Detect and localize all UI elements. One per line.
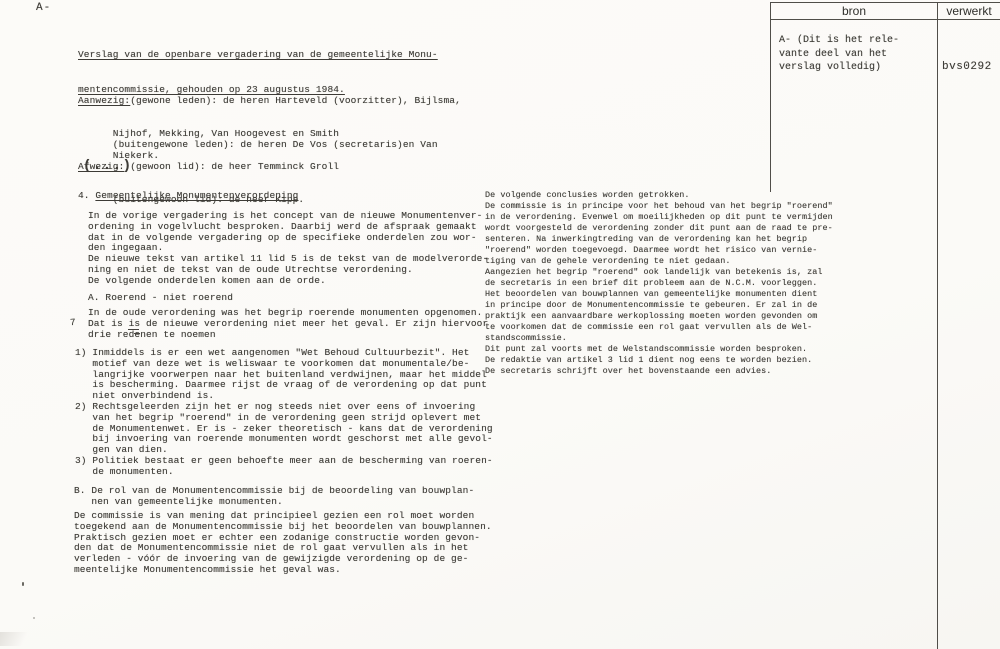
stamp-source-note: A- (Dit is het rele-vante deel van hetve… [779,34,899,75]
section4-numbered-list: 1) Inmiddels is er een wet aangenomen "W… [75,348,493,478]
text-line: motief van deze wet is weliswaar te voor… [75,359,493,370]
handwritten-overline-mark [134,333,140,334]
text-line: verslag volledig) [779,61,899,75]
attendance-present-first-line: Aanwezig:(gewone leden): de heren Hartev… [78,95,461,106]
subsection-a-heading: A. Roerend - niet roerend [88,293,233,304]
text-line: Aangezien het begrip "roerend" ook lande… [485,267,833,278]
text-line: vante deel van het [779,48,899,62]
text-line: Dat is is de nieuwe verordening niet mee… [88,319,488,330]
text-line: Nijhof, Mekking, Van Hoogevest en Smith [78,128,461,139]
text-line: praktijk een aanvaardbare werkoplossing … [485,311,833,322]
text-line: "roerend" worden toegevoegd. Daarmee wor… [485,245,833,256]
text-line: meentelijke Monumentencommissie het geva… [74,565,492,576]
stamp-processed-code: bvs0292 [942,61,992,73]
present-first-text: (gewone leden): de heren Harteveld (voor… [130,95,461,106]
section4-number: 4. [78,190,90,201]
text-line: De commissie is in principe voor het beh… [485,201,833,212]
document-title-line1: Verslag van de openbare vergadering van … [78,49,438,61]
stamp-box-column-divider [937,2,938,649]
stamp-box-top-border [770,2,1000,3]
scan-speck [33,617,35,619]
subsection-b-heading: B. De rol van de Monumentencommissie bij… [74,486,474,508]
text-line: standscommissie. [485,333,833,344]
section4-paragraph-1: In de vorige vergadering is het concept … [88,211,488,287]
scanned-document-page: A- bron verwerkt A- (Dit is het rele-van… [0,0,1000,649]
text-line: toegekend aan de Monumentencommissie bij… [74,522,492,533]
absent-first-text: (gewoon lid): de heer Temminck Groll [124,161,339,172]
text-line: in de verordening. Evenwel om moeilijkhe… [485,212,833,223]
present-label: Aanwezig: [78,95,130,106]
text-line: De secretaris schrijft over het bovensta… [485,366,833,377]
stamp-column-header-bron: bron [771,4,937,18]
conclusions-column: De volgende conclusies worden getrokken.… [485,190,833,377]
text-line: senteren. Na inwerkingtreding van de ver… [485,234,833,245]
omission-mark: (...) [83,158,133,174]
stamp-box-left-border [770,2,771,192]
section4-paragraph-3: De commissie is van mening dat principie… [74,511,492,576]
text-line: de monumenten. [75,467,493,478]
text-line: Dit punt zal voorts met de Welstandscomm… [485,344,833,355]
section4-heading-text: Gemeentelijke Monumentenverordening [95,190,298,201]
page-corner-shadow [0,632,34,646]
section4-heading: 4. Gemeentelijke Monumentenverordening [78,191,298,202]
text-line: tiging van de gehele verordening te niet… [485,256,833,267]
text-line: Het beoordelen van bouwplannen van gemee… [485,289,833,300]
text-line: De volgende conclusies worden getrokken. [485,190,833,201]
scan-speck [22,582,24,586]
text-line: A- (Dit is het rele- [779,34,899,48]
section4-paragraph-2: In de oude verordening was het begrip ro… [88,308,488,340]
stamp-column-header-verwerkt: verwerkt [938,4,1000,18]
text-line: te voorkomen dat de commissie een rol ga… [485,322,833,333]
text-line: de secretaris in een brief dit probleem … [485,278,833,289]
handwritten-underline-mark [128,329,139,330]
text-line: nen van gemeentelijke monumenten. [74,497,474,508]
text-line: De volgende onderdelen komen aan de orde… [88,276,488,287]
stamp-box-header-separator [770,19,1000,20]
text-line: van het begrip "roerend" in de verordeni… [75,413,493,424]
handwritten-margin-mark: 7 [70,317,76,328]
text-line: De redaktie van artikel 3 lid 1 dient no… [485,355,833,366]
text-line: ordening in vogelvlucht besproken. Daarb… [88,222,488,233]
text-line: in principe door de Monumentencommissie … [485,300,833,311]
text-line: drie redenen te noemen [88,330,488,341]
text-line: wordt voorgesteld de verordening zonder … [485,223,833,234]
corner-mark: A- [36,2,51,14]
